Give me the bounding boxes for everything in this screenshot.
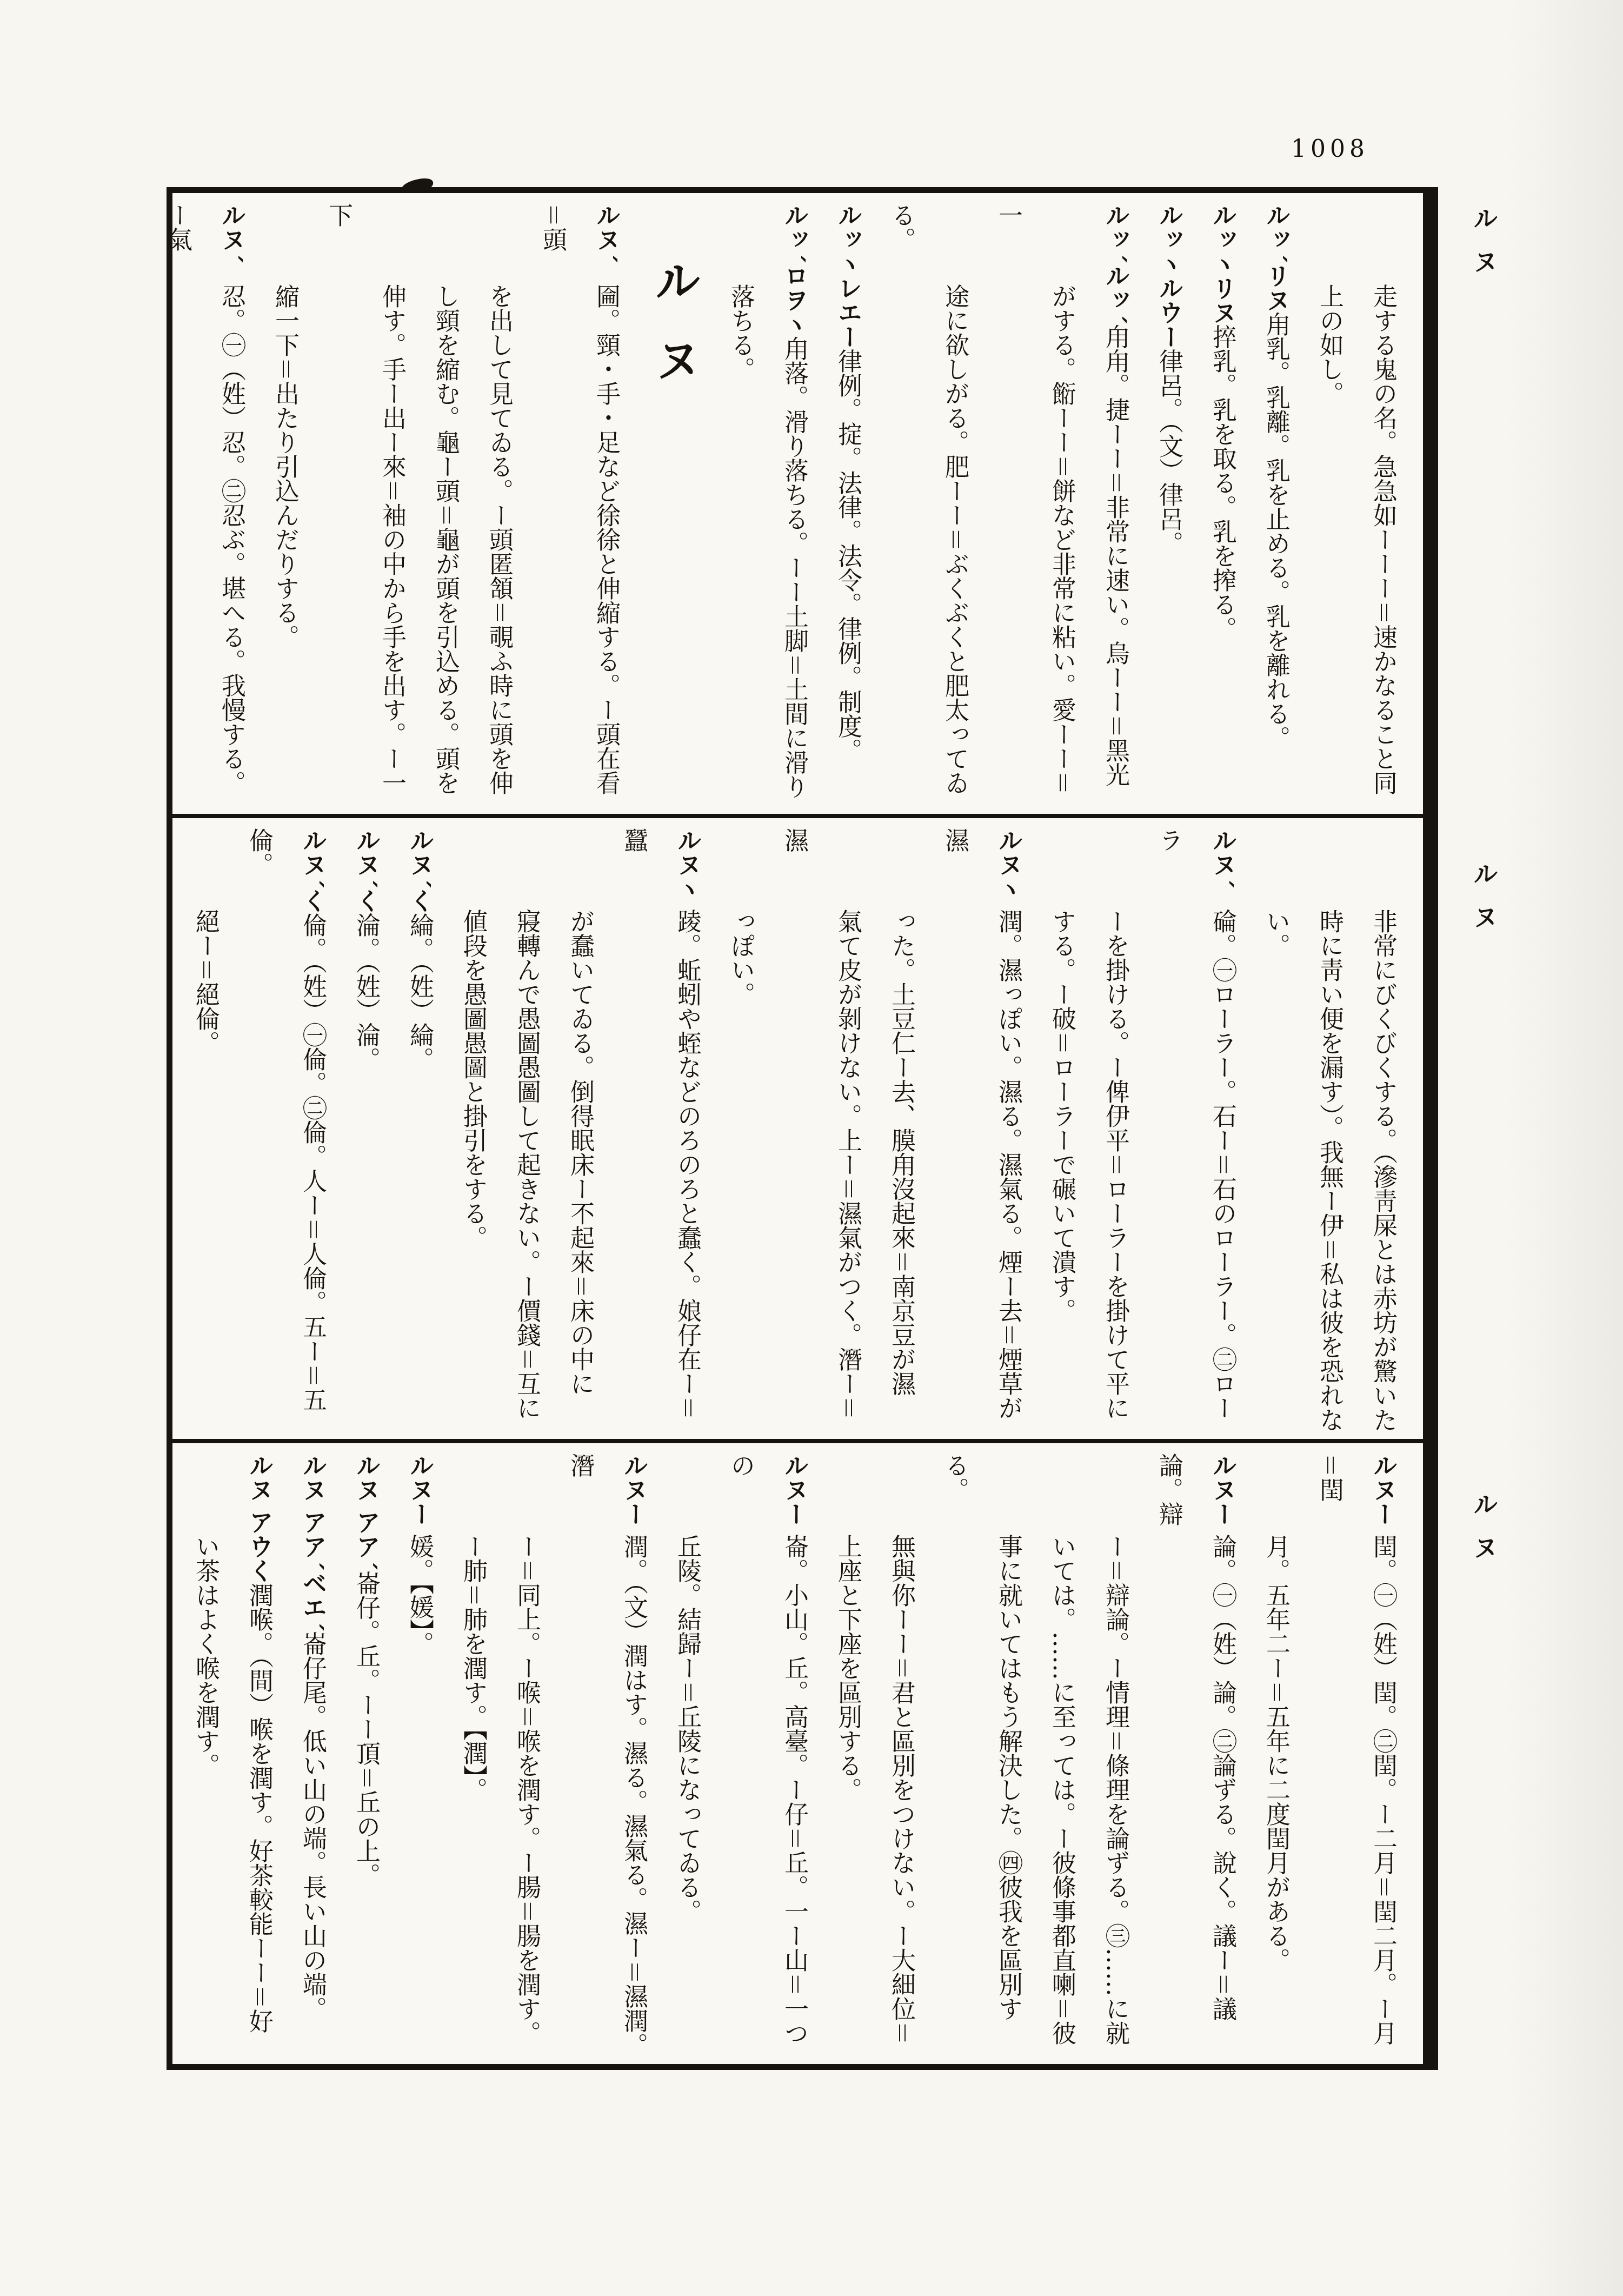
entry-text: ー肺＝肺を潤す。【潤】。: [459, 1534, 488, 1802]
entry-text: 月。五年二ー＝五年に二度閏月がある。: [1262, 1534, 1291, 1972]
entry-column: 月。五年二ー＝五年に二度閏月がある。: [1249, 1453, 1303, 2060]
entry-text: 無與你ーー＝君と區別をつけない。ー大細位＝: [887, 1534, 916, 2045]
entry-text: った。土豆仁ー去、膜甪沒起來＝南京豆が濕: [887, 909, 916, 1396]
entry-column: っぽい。: [714, 828, 768, 1435]
entry-column: ルヌ アウく潤喉。（間）喉を潤す。好茶較能ーー＝好: [232, 1453, 286, 2060]
entry-column: ルヌヽ潤。濕っぽい。濕る。濕氣る。煙ー去＝煙草が濕: [928, 828, 1035, 1435]
entry-text: 潤喉。（間）喉を潤す。好茶較能ーー＝好: [245, 1583, 274, 2034]
thumb-index-band2: ルヌ: [1466, 861, 1502, 947]
entry-column: い。: [1249, 828, 1303, 1435]
entry-text: 上座と下座を區別する。: [834, 1534, 862, 1802]
entry-column: ルッ´リヌ甪乳。乳離。乳を止める。乳を離れる。: [1249, 203, 1303, 809]
entry-text: ー＝辯論。ー情理＝條理を論ずる。㊂……に就: [1101, 1534, 1130, 2045]
section-heading: ルヌ: [633, 203, 714, 809]
entry-headword-reading: ルヌ´く: [286, 828, 340, 913]
entry-headword-reading: ルヌ´: [580, 203, 633, 284]
entry-column: った。土豆仁ー去、膜甪沒起來＝南京豆が濕: [875, 828, 928, 1435]
entry-text: がする。餰ーー＝餅など非常に粘い。愛ーー＝一: [994, 203, 1076, 795]
entry-column: ーを掛ける。ー俾伊平＝ローラーを掛けて平に: [1089, 828, 1142, 1435]
entry-column: を出して見てゐる。ー頭匿頷＝覗ふ時に頭を伸: [473, 203, 526, 809]
entry-headword-reading: ルヌ アムー: [172, 1453, 179, 1583]
entry-text: 忍。㊀（姓）忍。㊁忍ぶ。堪へる。我慢する。ー氣: [172, 203, 246, 795]
entry-column: ルッヽルウー律呂。（文）律呂。: [1142, 203, 1196, 809]
entry-column: ルヌー媛。【媛】。: [393, 1453, 447, 2060]
entry-text: 落ちる。: [727, 284, 755, 381]
page-number: 1008: [1291, 135, 1369, 163]
entry-text: 甪甪。捷ーー＝非常に速い。烏ーー＝黑光: [1101, 324, 1130, 787]
entry-column: する。ー破＝ローラーで碾いて潰す。: [1035, 828, 1089, 1435]
entry-text: 論。㊀（姓）論。㊁論ずる。說く。議ー＝議論。辯: [1155, 1453, 1237, 2021]
entry-text: 値段を愚圖愚圖と掛引をする。: [459, 909, 488, 1250]
entry-text: 絕ー＝絕倫。: [191, 909, 220, 1055]
entry-column: 値段を愚圖愚圖と掛引をする。: [447, 828, 500, 1435]
entry-column: ー＝辯論。ー情理＝條理を論ずる。㊂……に就: [1089, 1453, 1142, 2060]
entry-text: が蠢いてゐる。倒得眠床ー不起來＝床の中に: [566, 909, 595, 1396]
entry-headword-reading: ルッ´ロヲヽ: [768, 203, 821, 337]
entry-headword-reading: ルヌ アウく: [232, 1453, 286, 1583]
entry-column: 落ちる。: [714, 203, 768, 809]
entry-text: 崙。小山。丘。高臺。ー仔＝丘。一ー山＝一つの: [727, 1453, 809, 2045]
entry-column: ルヌー潤。（文）潤はす。濕る。濕氣る。濕ー＝濕潤。潛: [554, 1453, 661, 2060]
dictionary-band-2: 非常にびくびくする。（滲靑屎とは赤坊が驚いた時に靑い便を漏す）。我無ー伊＝私は彼…: [172, 818, 1423, 1443]
entry-text: 甪落。滑り落ちる。ーー土脚＝土間に滑り: [780, 337, 809, 799]
entry-column: し頸を縮む。龜ー頭＝龜が頭を引込める。頭を: [419, 203, 473, 809]
entry-text: 崙仔。丘。ーー頂＝丘の上。: [352, 1571, 381, 1887]
entry-headword-reading: ルヌー: [607, 1453, 661, 1534]
entry-text: 氣て皮が剝けない。上ー＝濕氣がつく。潛ー＝濕: [780, 828, 862, 1420]
entry-column: ルヌく輪。㊀車などの輪。車ー＝車輪。研ー＝藥研の中: [172, 828, 179, 1435]
entry-headword-reading: ルヌ アア´: [340, 1453, 393, 1571]
entry-column: 事に就いてはもう解決した。㊃彼我を區別する。: [928, 1453, 1035, 2060]
entry-text: 碖。㊀ローラー。石ー＝石のローラー。㊁ローラ: [1155, 828, 1237, 1420]
entry-headword-reading: ルッヽレエー: [821, 203, 875, 349]
entry-column: 伸す。手ー出ー來＝袖の中から手を出す。ー一下: [312, 203, 419, 809]
entry-headword-reading: ルヌヽ: [982, 828, 1035, 909]
entry-text: 淪。（姓）淪。: [352, 913, 381, 1072]
entry-column: ルヌヽ踜。蚯蚓や蛭などのろのろと蠢く。娘仔在ー＝蠶: [607, 828, 714, 1435]
entry-text: 事に就いてはもう解決した。㊃彼我を區別する。: [941, 1453, 1023, 2021]
thumb-index-band1: ルヌ: [1466, 205, 1502, 292]
entry-text: 寢轉んで愚圖愚圖して起きない。ー價錢＝互に: [513, 909, 541, 1420]
entry-headword-reading: ルヌく: [172, 828, 179, 909]
entry-text: する。ー破＝ローラーで碾いて潰す。: [1048, 909, 1076, 1323]
entry-text: 時に靑い便を漏す）。我無ー伊＝私は彼を恐れな: [1315, 909, 1344, 1432]
entry-text: し頸を縮む。龜ー頭＝龜が頭を引込める。頭を: [431, 284, 460, 795]
entry-column: ルヌー崙。小山。丘。高臺。ー仔＝丘。一ー山＝一つの: [714, 1453, 821, 2060]
entry-column: がする。餰ーー＝餅など非常に粘い。愛ーー＝一: [982, 203, 1089, 809]
entry-text: 踜。蚯蚓や蛭などのろのろと蠢く。娘仔在ー＝蠶: [620, 828, 702, 1420]
entry-column: ルヌ´く倫。（姓）㊀倫。㊁倫。人ー＝人倫。五ー＝五倫。: [232, 828, 340, 1435]
entry-headword-reading: ルヌ´: [205, 203, 258, 284]
entry-column: が蠢いてゐる。倒得眠床ー不起來＝床の中に: [554, 828, 607, 1435]
entry-text: 甪乳。乳離。乳を止める。乳を離れる。: [1262, 313, 1291, 751]
thumb-index-band3: ルヌ: [1466, 1491, 1502, 1578]
entry-text: 崙仔尾。低い山の端。長い山の端。: [298, 1632, 327, 2021]
entry-headword-reading: ルッヽリヌ: [1196, 203, 1249, 324]
entry-headword-reading: ルッ´リヌ: [1249, 203, 1303, 313]
entry-column: 寢轉んで愚圖愚圖して起きない。ー價錢＝互に: [500, 828, 554, 1435]
entry-headword-reading: ルヌー: [1356, 1453, 1410, 1534]
entry-text: 律呂。（文）律呂。: [1155, 349, 1183, 556]
entry-column: ルヌ アア´ベエ´崙仔尾。低い山の端。長い山の端。: [286, 1453, 340, 2060]
entry-text: ーを掛ける。ー俾伊平＝ローラーを掛けて平に: [1101, 909, 1130, 1420]
entry-text: 閏。㊀（姓）閏。㊁閏。ー二月＝閏二月。ー月＝閏: [1315, 1453, 1398, 2045]
entry-column: ー肺＝肺を潤す。【潤】。: [447, 1453, 500, 2060]
entry-column: い茶はよく喉を潤す。: [179, 1453, 232, 2060]
entry-column: 走する鬼の名。急急如ーーー＝速かなること同: [1356, 203, 1410, 809]
entry-column: ルヌ´碖。㊀ローラー。石ー＝石のローラー。㊁ローラ: [1142, 828, 1249, 1435]
entry-text: 綸。（姓）綸。: [405, 913, 434, 1072]
section-heading-text: ルヌ: [633, 257, 714, 415]
entry-column: ルヌ´圇。頸・手・足など徐徐と伸縮する。ー頭在看＝頭: [526, 203, 633, 809]
entry-headword-reading: ルヌ´く: [340, 828, 393, 913]
entry-text: 媛。【媛】。: [405, 1534, 434, 1656]
entry-column: 上座と下座を區別する。: [821, 1453, 875, 2060]
entry-text: 律例。掟。法律。法令。律例。制度。: [834, 349, 862, 762]
entry-text: 伸す。手ー出ー來＝袖の中から手を出す。ー一下: [324, 203, 407, 795]
entry-text: っぽい。: [727, 909, 755, 1006]
entry-text: 非常にびくびくする。（滲靑屎とは赤坊が驚いた: [1369, 909, 1398, 1432]
entry-column: 丘陵。結歸ー＝丘陵になってゐる。: [661, 1453, 714, 2060]
entry-headword-reading: ルヌー: [393, 1453, 447, 1534]
entry-column: ルッ´ルッ´甪甪。捷ーー＝非常に速い。烏ーー＝黑光: [1089, 203, 1142, 809]
entry-column: 無與你ーー＝君と區別をつけない。ー大細位＝: [875, 1453, 928, 2060]
entry-column: ー＝同上。ー喉＝喉を潤す。ー腸＝腸を潤す。: [500, 1453, 554, 2060]
entry-text: 倫。（姓）㊀倫。㊁倫。人ー＝人倫。五ー＝五倫。: [245, 828, 327, 1412]
scanned-dictionary-page: 1008 走する鬼の名。急急如ーーー＝速かなること同上の如し。ルッ´リヌ甪乳。乳…: [0, 0, 1623, 2296]
entry-text: 上の如し。: [1315, 284, 1344, 406]
entry-column: ルヌ アムー圇頷。頸を伸す、又は縮める。: [172, 1453, 179, 2060]
entry-column: ルヌ アア´崙仔。丘。ーー頂＝丘の上。: [340, 1453, 393, 2060]
entry-text: ー＝同上。ー喉＝喉を潤す。ー腸＝腸を潤す。: [513, 1534, 541, 2045]
entry-headword-reading: ルヌー: [768, 1453, 821, 1534]
entry-column: 上の如し。: [1303, 203, 1356, 809]
entry-headword-reading: ルヌ´く: [393, 828, 447, 913]
entry-column: ルヌ´忍。㊀（姓）忍。㊁忍ぶ。堪へる。我慢する。ー氣: [172, 203, 258, 809]
entry-text: い。: [1262, 909, 1291, 958]
entry-column: 時に靑い便を漏す）。我無ー伊＝私は彼を恐れな: [1303, 828, 1356, 1435]
entry-column: 氣て皮が剝けない。上ー＝濕氣がつく。潛ー＝濕: [768, 828, 875, 1435]
entry-text: 潤。（文）潤はす。濕る。濕氣る。濕ー＝濕潤。潛: [566, 1453, 648, 2058]
entry-column: 途に欲しがる。肥ーー＝ぶくぶくと肥太ってゐる。: [875, 203, 982, 809]
dictionary-band-1: 走する鬼の名。急急如ーーー＝速かなること同上の如し。ルッ´リヌ甪乳。乳離。乳を止…: [172, 193, 1423, 818]
entry-headword-reading: ルヌ´: [1196, 828, 1249, 909]
entry-text: を出して見てゐる。ー頭匿頷＝覗ふ時に頭を伸: [485, 284, 514, 795]
entry-column: 縮一下＝出たり引込んだりする。: [258, 203, 312, 809]
entry-headword-reading: ルヌ アア´ベエ´: [286, 1453, 340, 1632]
entry-column: 非常にびくびくする。（滲靑屎とは赤坊が驚いた: [1356, 828, 1410, 1435]
entry-column: 絕ー＝絕倫。: [179, 828, 232, 1435]
entry-text: 縮一下＝出たり引込んだりする。: [271, 284, 300, 649]
entry-text: いては。……に至っては。ー彼條事都直喇＝彼: [1048, 1534, 1076, 2045]
entry-text: い茶はよく喉を潤す。: [191, 1534, 220, 1777]
content-frame: 走する鬼の名。急急如ーーー＝速かなること同上の如し。ルッ´リヌ甪乳。乳離。乳を止…: [167, 187, 1438, 2070]
entry-text: 途に欲しがる。肥ーー＝ぶくぶくと肥太ってゐる。: [887, 203, 969, 795]
entry-column: ルッヽレエー律例。掟。法律。法令。律例。制度。: [821, 203, 875, 809]
entry-text: 捽乳。乳を取る。乳を搾る。: [1208, 324, 1237, 641]
entry-headword-reading: ルッ´ルッ´: [1089, 203, 1142, 324]
entry-text: 丘陵。結歸ー＝丘陵になってゐる。: [673, 1534, 702, 1923]
entry-headword-reading: ルッヽルウー: [1142, 203, 1196, 349]
entry-column: ルッヽリヌ捽乳。乳を取る。乳を搾る。: [1196, 203, 1249, 809]
dictionary-band-3: ルヌー閏。㊀（姓）閏。㊁閏。ー二月＝閏二月。ー月＝閏月。五年二ー＝五年に二度閏月…: [172, 1443, 1423, 2064]
entry-column: ルヌー閏。㊀（姓）閏。㊁閏。ー二月＝閏二月。ー月＝閏: [1303, 1453, 1410, 2060]
entry-column: いては。……に至っては。ー彼條事都直喇＝彼: [1035, 1453, 1089, 2060]
entry-column: ルヌー論。㊀（姓）論。㊁論ずる。說く。議ー＝議論。辯: [1142, 1453, 1249, 2060]
entry-headword-reading: ルヌー: [1196, 1453, 1249, 1534]
entry-column: ルヌ´く淪。（姓）淪。: [340, 828, 393, 1435]
entry-column: ルッ´ロヲヽ甪落。滑り落ちる。ーー土脚＝土間に滑り: [768, 203, 821, 809]
entry-text: 圇。頸・手・足など徐徐と伸縮する。ー頭在看＝頭: [538, 203, 621, 795]
entry-headword-reading: ルヌヽ: [661, 828, 714, 909]
entry-text: 走する鬼の名。急急如ーーー＝速かなること同: [1369, 284, 1398, 795]
entry-text: 潤。濕っぽい。濕る。濕氣る。煙ー去＝煙草が濕: [941, 828, 1023, 1420]
entry-column: ルヌ´く綸。（姓）綸。: [393, 828, 447, 1435]
